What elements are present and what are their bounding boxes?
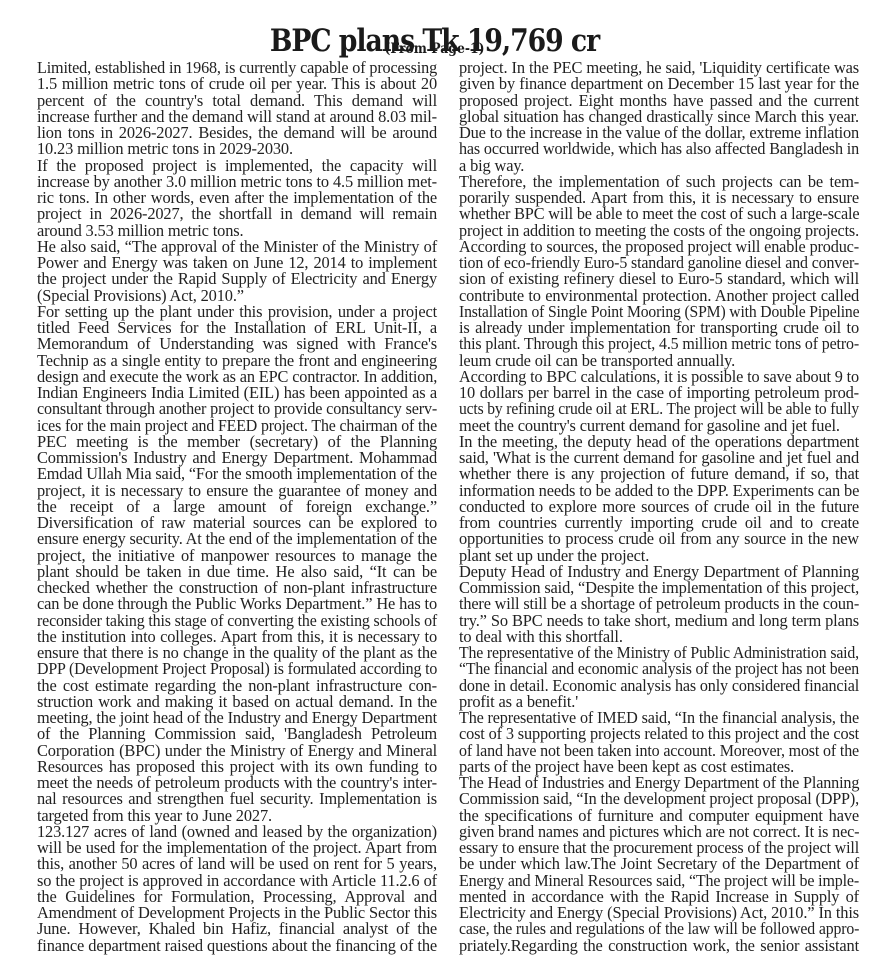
text-line: reconsider taking this stage of converti…	[37, 613, 437, 629]
text-line: Commission said, “In the development pro…	[459, 791, 859, 807]
text-line: case, the rules and regulations of the l…	[459, 921, 859, 937]
text-line: finance department raised questions abou…	[37, 938, 437, 954]
text-line: meeting, the joint head of the Industry …	[37, 710, 437, 726]
text-line: According to BPC calculations, it is pos…	[459, 369, 859, 385]
text-line: there will still be a shortage of petrol…	[459, 596, 859, 612]
text-line: Emdad Ullah Mia said, “For the smooth im…	[37, 466, 437, 482]
text-line: priately.Regarding the construction work…	[459, 938, 859, 954]
text-line: tion of eco-friendly Euro-5 standard gan…	[459, 255, 859, 271]
article-column-left: Limited, established in 1968, is current…	[37, 60, 437, 954]
text-line: ucts by refining crude oil at ERL. The p…	[459, 401, 859, 417]
text-line: ensure energy security. At the end of th…	[37, 531, 437, 547]
text-line: Energy and Mineral Resources said, “The …	[459, 873, 859, 889]
text-line: ices for the main project and FEED proje…	[37, 418, 437, 434]
text-line: DPP (Development Project Proposal) is fo…	[37, 661, 437, 677]
text-line: Installation of Single Point Mooring (SP…	[459, 304, 859, 320]
text-line: done in detail. Economic analysis has on…	[459, 678, 859, 694]
text-line: this plant. Through this project, 4.5 mi…	[459, 336, 859, 352]
text-line: essary to ensure that the procurement pr…	[459, 840, 859, 856]
text-line: Limited, established in 1968, is current…	[37, 60, 437, 76]
article-column-right: project. In the PEC meeting, he said, 'L…	[459, 60, 859, 954]
text-line: has occurred worldwide, which has also a…	[459, 141, 859, 157]
text-line: design and execute the work as an EPC co…	[37, 369, 437, 385]
text-line: of land have not been taken into account…	[459, 743, 859, 759]
continuation-note: (From Page-1)	[35, 41, 834, 57]
